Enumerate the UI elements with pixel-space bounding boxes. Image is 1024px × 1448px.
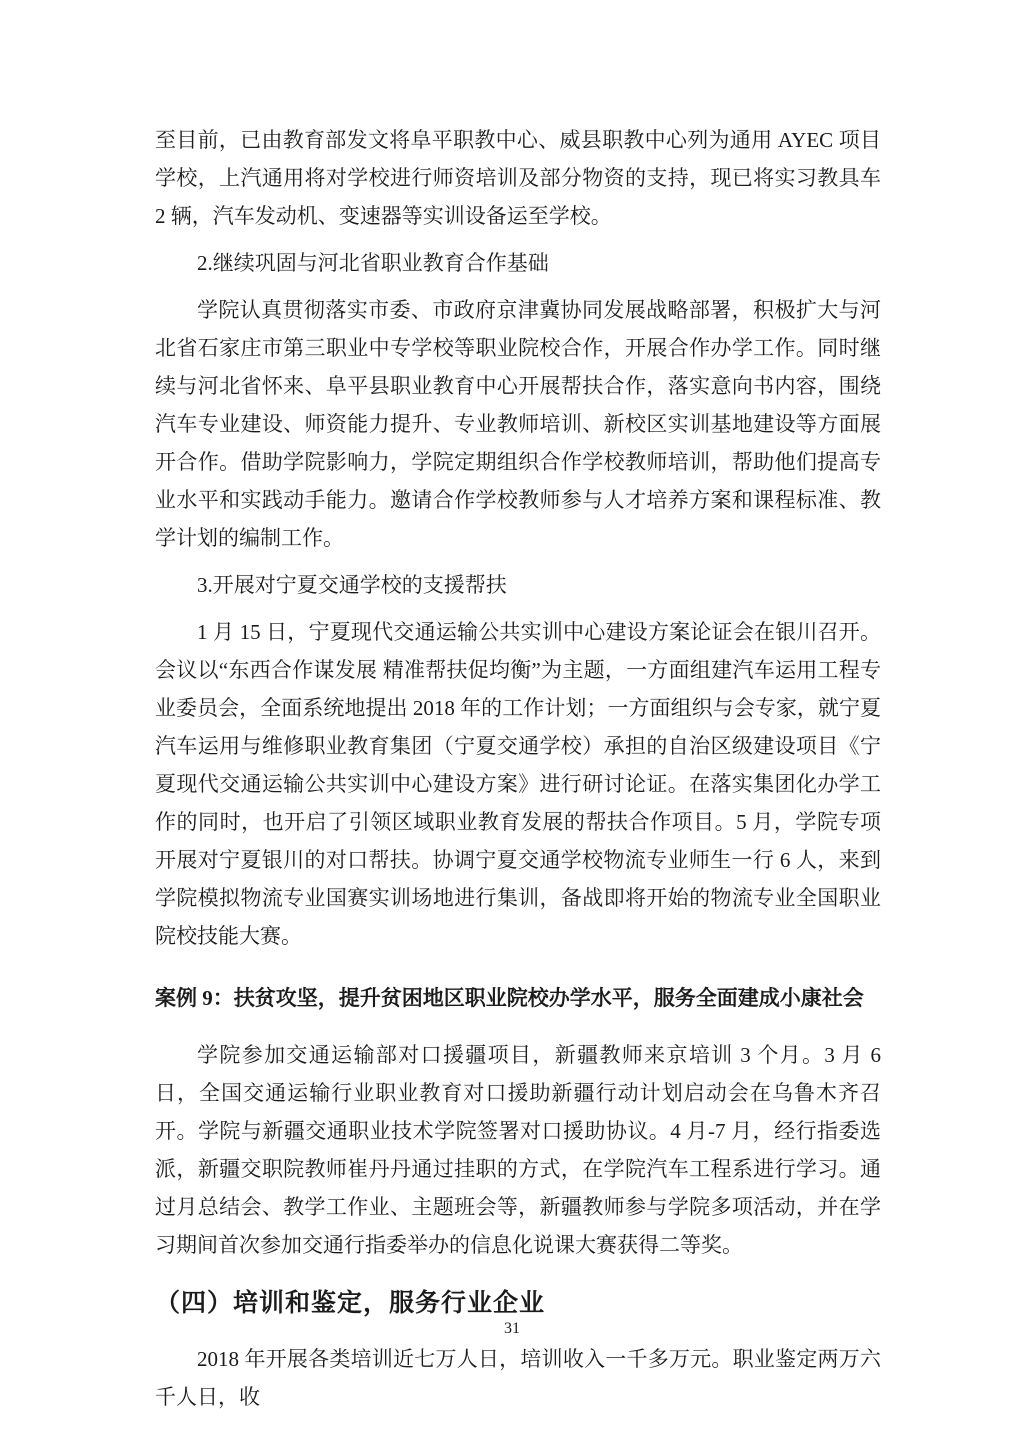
paragraph-xinjiang-aid: 学院参加交通运输部对口援疆项目，新疆教师来京培训 3 个月。3 月 6 日，全国… bbox=[155, 1036, 881, 1264]
page-footer: 31 bbox=[0, 1320, 1024, 1338]
case-9-heading: 案例 9：扶贫攻坚，提升贫困地区职业院校办学水平，服务全面建成小康社会 bbox=[155, 979, 881, 1017]
paragraph-hebei-cooperation: 学院认真贯彻落实市委、市政府京津冀协同发展战略部署，积极扩大与河北省石家庄市第三… bbox=[155, 291, 881, 557]
paragraph-ningxia-support: 1 月 15 日，宁夏现代交通运输公共实训中心建设方案论证会在银川召开。会议以“… bbox=[155, 613, 881, 955]
paragraph-continuation: 至目前，已由教育部发文将阜平职教中心、威县职教中心列为通用 AYEC 项目学校，… bbox=[155, 121, 881, 235]
document-text-area: 至目前，已由教育部发文将阜平职教中心、威县职教中心列为通用 AYEC 项目学校，… bbox=[155, 121, 881, 1425]
section-4-heading: （四）培训和鉴定，服务行业企业 bbox=[155, 1284, 881, 1324]
page-number: 31 bbox=[504, 1320, 520, 1337]
numbered-subheading-3: 3.开展对宁夏交通学校的支援帮扶 bbox=[155, 566, 881, 604]
paragraph-training-appraisal: 2018 年开展各类培训近七万人日，培训收入一千多万元。职业鉴定两万六千人日，收 bbox=[155, 1340, 881, 1416]
document-page: 至目前，已由教育部发文将阜平职教中心、威县职教中心列为通用 AYEC 项目学校，… bbox=[0, 0, 1024, 1448]
numbered-subheading-2: 2.继续巩固与河北省职业教育合作基础 bbox=[155, 244, 881, 282]
